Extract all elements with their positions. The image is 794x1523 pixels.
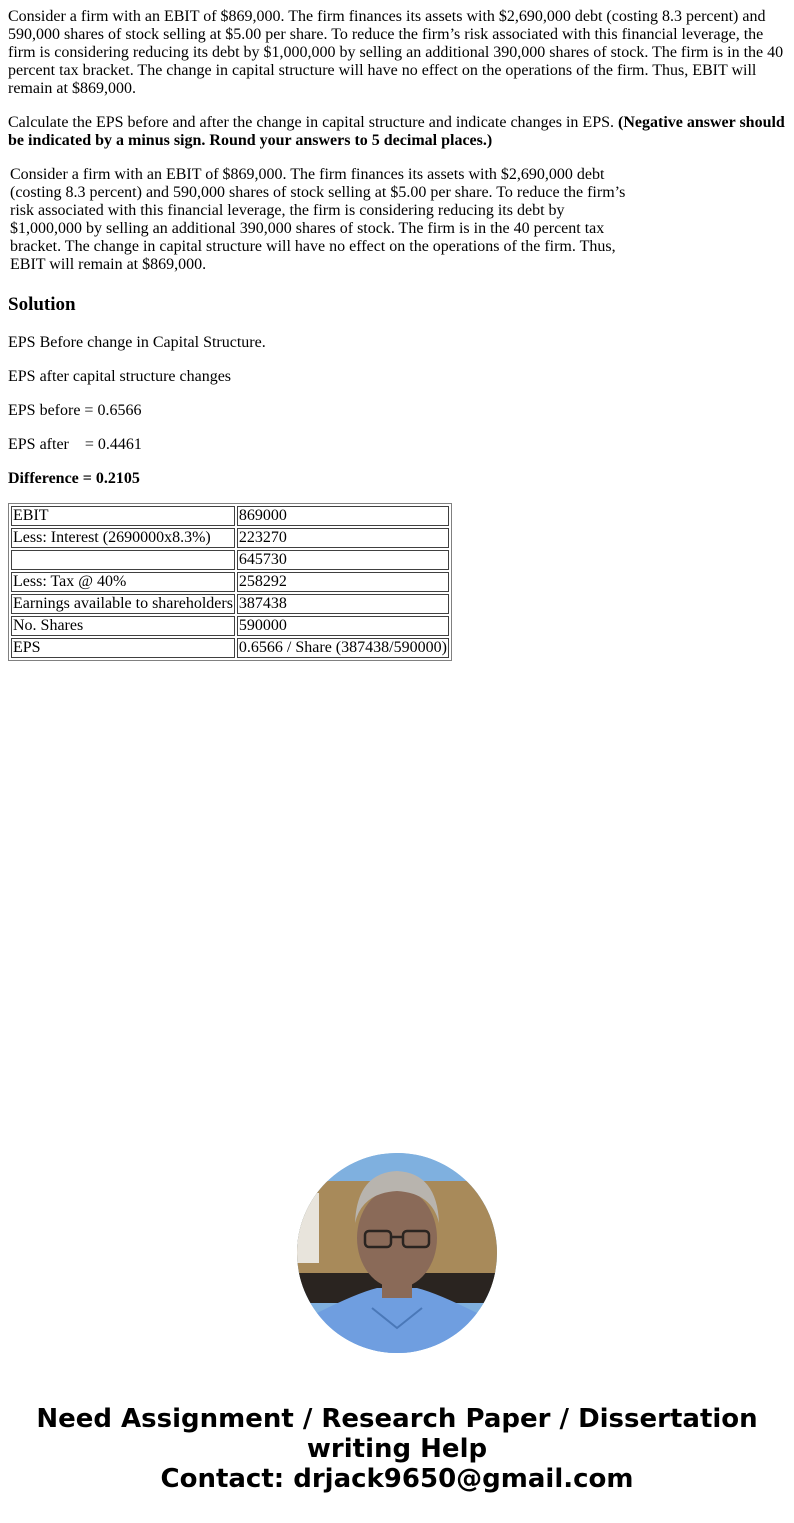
- row-label: Earnings available to shareholders: [11, 594, 235, 614]
- solution-line: EPS after capital structure changes: [8, 368, 786, 386]
- eps-after: EPS after = 0.4461: [8, 436, 786, 454]
- table-row: Less: Interest (2690000x8.3%)223270: [11, 528, 449, 548]
- solution-heading: Solution: [8, 294, 786, 316]
- promo-contact: Contact: drjack9650@gmail.com: [0, 1464, 794, 1494]
- table-row: EBIT869000: [11, 506, 449, 526]
- solution-body: EPS Before change in Capital Structure. …: [8, 334, 786, 661]
- question-repeat-box: Consider a firm with an EBIT of $869,000…: [8, 166, 630, 274]
- row-value: 590000: [237, 616, 449, 636]
- table-row: EPS0.6566 / Share (387438/590000): [11, 638, 449, 658]
- question-paragraph: Consider a firm with an EBIT of $869,000…: [8, 8, 786, 98]
- table-row: No. Shares590000: [11, 616, 449, 636]
- instruction-text: Calculate the EPS before and after the c…: [8, 114, 618, 131]
- row-value: 387438: [237, 594, 449, 614]
- row-value: 869000: [237, 506, 449, 526]
- row-label: Less: Tax @ 40%: [11, 572, 235, 592]
- row-label: EPS: [11, 638, 235, 658]
- row-value: 645730: [237, 550, 449, 570]
- author-avatar: [297, 1153, 497, 1353]
- row-label: EBIT: [11, 506, 235, 526]
- row-label: No. Shares: [11, 616, 235, 636]
- table-row: Earnings available to shareholders387438: [11, 594, 449, 614]
- eps-difference: Difference = 0.2105: [8, 470, 786, 488]
- solution-line: EPS Before change in Capital Structure.: [8, 334, 786, 352]
- row-value: 223270: [237, 528, 449, 548]
- author-photo-icon: [297, 1153, 497, 1353]
- question-repeat-text: Consider a firm with an EBIT of $869,000…: [10, 166, 630, 274]
- table-row: Less: Tax @ 40%258292: [11, 572, 449, 592]
- row-value: 258292: [237, 572, 449, 592]
- promo-banner: Need Assignment / Research Paper / Disse…: [0, 1404, 794, 1494]
- row-label: Less: Interest (2690000x8.3%): [11, 528, 235, 548]
- eps-before: EPS before = 0.6566: [8, 402, 786, 420]
- row-label: [11, 550, 235, 570]
- promo-line: Need Assignment / Research Paper / Disse…: [0, 1404, 794, 1434]
- question-instruction: Calculate the EPS before and after the c…: [8, 114, 786, 150]
- row-value: 0.6566 / Share (387438/590000): [237, 638, 449, 658]
- page-content: Consider a firm with an EBIT of $869,000…: [0, 0, 794, 661]
- promo-line: writing Help: [0, 1434, 794, 1464]
- table-row: 645730: [11, 550, 449, 570]
- eps-calculation-table: EBIT869000Less: Interest (2690000x8.3%)2…: [8, 503, 452, 661]
